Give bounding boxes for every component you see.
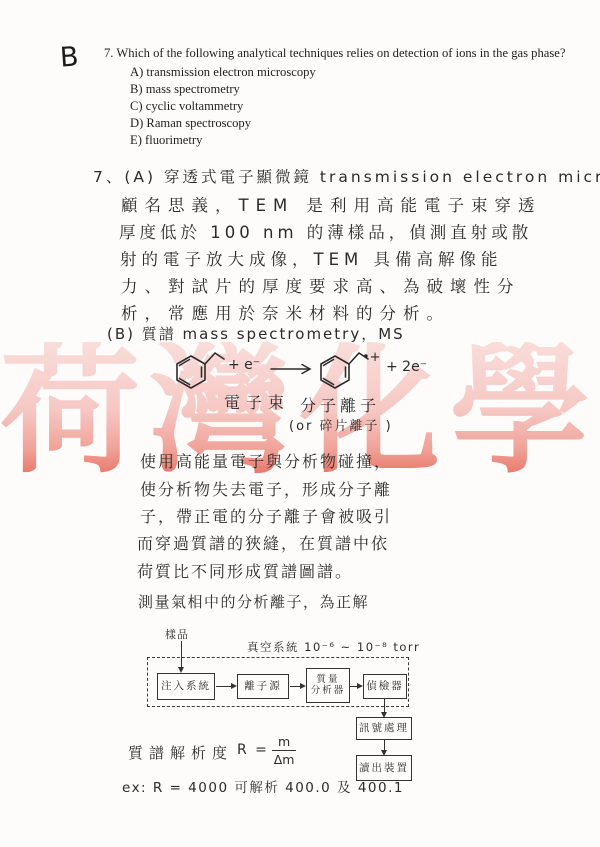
question-option-c: C) cyclic voltammetry xyxy=(130,99,243,114)
fraction-numerator: m xyxy=(272,734,296,751)
solution-line: 析，常應用於奈米材料的分析。 xyxy=(121,300,450,324)
resolution-fraction: m Δm xyxy=(272,734,296,767)
vacuum-system-label: 真空系統 10⁻⁶ ~ 10⁻⁸ torr xyxy=(247,639,420,655)
arrow-down-icon xyxy=(384,699,385,716)
flowchart-box-signal-processing: 訊號處理 xyxy=(356,717,412,740)
reaction-arrow-icon xyxy=(270,363,312,375)
analyzer-label-line2: 分析器 xyxy=(311,686,346,697)
solution-line: 子，帶正電的分子離子會被吸引 xyxy=(140,504,392,527)
question-option-a: A) transmission electron microscopy xyxy=(130,65,316,80)
flowchart-box-readout: 讀出裝置 xyxy=(356,755,412,781)
plus-two-electrons-term: + 2e⁻ xyxy=(386,359,427,375)
resolution-label: 質譜解析度 xyxy=(128,742,233,763)
flowchart-box-analyzer: 質量 分析器 xyxy=(306,668,350,703)
solution-line: 力、對試片的厚度要求高、為破壞性分 xyxy=(121,273,521,297)
electron-beam-label: 電子束 xyxy=(224,390,290,413)
solution-line: 7、(A) 穿透式電子顯微鏡 transmission electron mic… xyxy=(93,165,600,187)
radical-cation-charge: •+ xyxy=(362,350,381,365)
question-stem: 7. Which of the following analytical tec… xyxy=(104,46,574,61)
question-option-b: B) mass spectrometry xyxy=(130,82,240,97)
arrow-right-icon xyxy=(216,686,235,687)
arrow-down-icon xyxy=(384,740,385,754)
solution-line: 使用高能量電子與分析物碰撞， xyxy=(140,449,392,472)
sample-label: 樣品 xyxy=(165,626,189,642)
arrow-right-icon xyxy=(350,686,361,687)
fragment-ion-label: (or 碎片離子 ) xyxy=(289,415,393,434)
solution-line: 射的電子放大成像，TEM 具備高解像能 xyxy=(120,246,503,270)
solution-line: 使分析物失去電子，形成分子離 xyxy=(140,477,392,500)
question-option-e: E) fluorimetry xyxy=(130,133,202,148)
molecular-ion-label: 分子離子 xyxy=(300,393,380,416)
solution-line: 荷質比不同形成質譜圖譜。 xyxy=(137,559,353,582)
plus-electron-term: + e⁻ xyxy=(228,357,260,373)
ethylbenzene-structure-icon xyxy=(170,348,228,396)
solution-line: 測量氣相中的分析離子，為正解 xyxy=(138,591,369,612)
scanned-exam-page: 荷灣化學 B 7. Which of the following analyti… xyxy=(0,0,600,847)
resolution-lhs: R = xyxy=(237,742,269,758)
arrow-down-icon xyxy=(181,641,182,671)
handwritten-answer-letter: B xyxy=(59,41,80,73)
solution-line: 厚度低於 100 nm 的薄樣品，偵測直射或散 xyxy=(119,219,532,243)
flowchart-box-detector: 偵檢器 xyxy=(363,674,407,699)
analyzer-label-line1: 質量 xyxy=(316,675,339,686)
arrow-right-icon xyxy=(290,686,304,687)
flowchart-box-injection: 注入系統 xyxy=(157,673,215,700)
solution-line: 而穿過質譜的狹縫，在質譜中依 xyxy=(137,531,389,554)
part-b-heading: (B) 質譜 mass spectrometry，MS xyxy=(107,323,405,344)
flowchart-box-ion-source: 離子源 xyxy=(237,674,289,699)
fraction-denominator: Δm xyxy=(274,751,295,767)
question-option-d: D) Raman spectroscopy xyxy=(130,116,251,131)
solution-line: 顧名思義，TEM 是利用高能電子束穿透 xyxy=(121,192,542,216)
